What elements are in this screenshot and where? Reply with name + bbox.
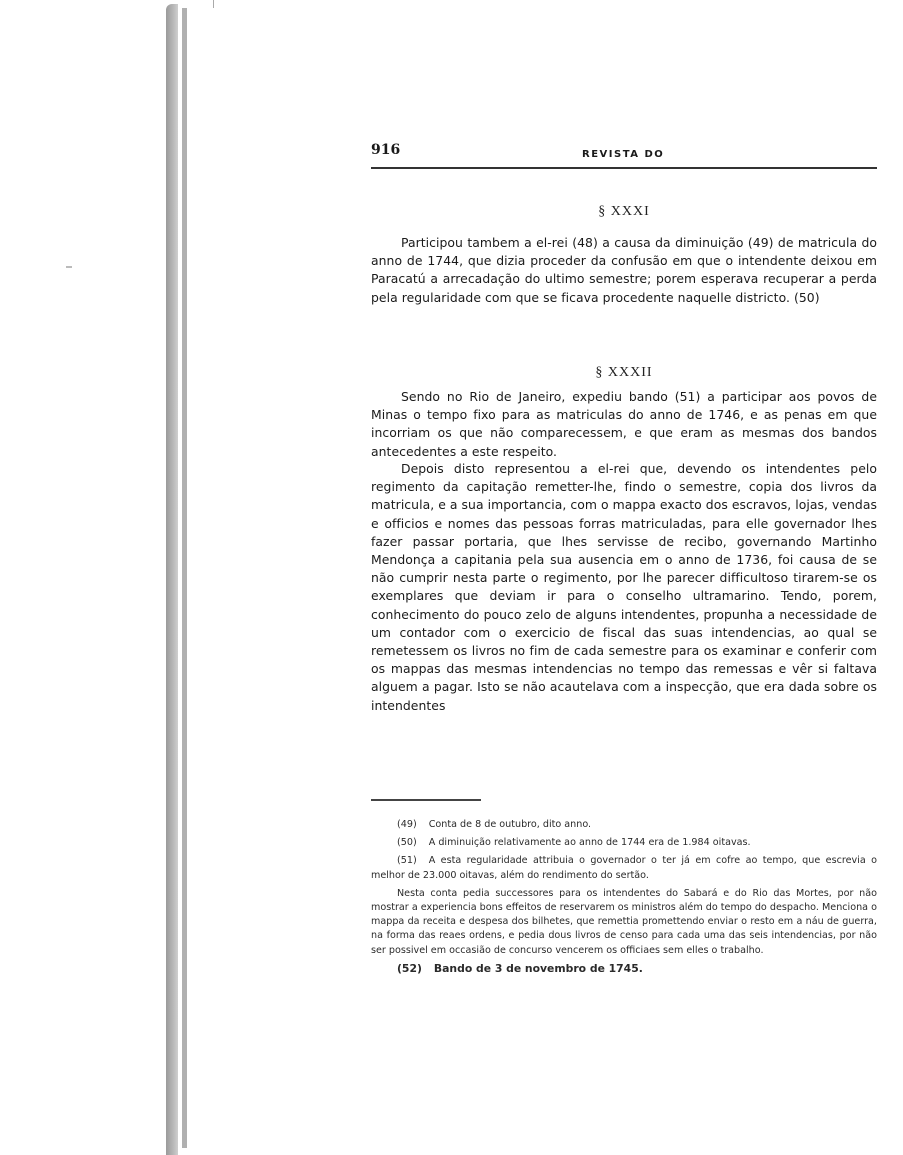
footnote-number: (50) (397, 837, 417, 848)
footnote-text: Nesta conta pedia successores para os in… (371, 888, 877, 956)
footnote-number: (49) (397, 819, 417, 830)
footnote: (49)Conta de 8 de outubro, dito anno. (371, 818, 877, 832)
footnote-number: (51) (397, 855, 417, 866)
header-rule (371, 167, 877, 169)
footnote: (52)Bando de 3 de novembro de 1745. (371, 962, 877, 976)
page-number: 916 (371, 142, 400, 158)
running-head: 916 REVISTA DO (371, 142, 877, 164)
footnote-text: A esta regularidade attribuia o governad… (371, 855, 877, 880)
footnote-continuation: Nesta conta pedia successores para os in… (371, 887, 877, 958)
paragraph: Depois disto representou a el-rei que, d… (371, 460, 877, 715)
footnote: (50)A diminuição relativamente ao anno d… (371, 836, 877, 850)
scan-artifact (213, 0, 214, 8)
paragraph: Sendo no Rio de Janeiro, expediu bando (… (371, 388, 877, 461)
footnote-rule (371, 799, 481, 801)
footnote-text: Bando de 3 de novembro de 1745. (434, 962, 643, 975)
footnote: (51)A esta regularidade attribuia o gove… (371, 854, 877, 882)
book-binding-edge (166, 0, 192, 1155)
footnote-number: (52) (397, 962, 422, 975)
paragraph: Participou tambem a el-rei (48) a causa … (371, 234, 877, 307)
section-heading-xxxi: § XXXI (371, 204, 877, 220)
document-page: 916 REVISTA DO § XXXI Participou tambem … (371, 142, 877, 164)
footnotes: (49)Conta de 8 de outubro, dito anno. (5… (371, 818, 877, 980)
binding-shadow-inner (182, 8, 187, 1148)
footnote-text: A diminuição relativamente ao anno de 17… (429, 837, 751, 848)
footnote-text: Conta de 8 de outubro, dito anno. (429, 819, 591, 830)
journal-title: REVISTA DO (582, 149, 664, 160)
binding-shadow (166, 4, 178, 1155)
section-heading-xxxii: § XXXII (371, 365, 877, 381)
scan-speck (66, 266, 72, 268)
